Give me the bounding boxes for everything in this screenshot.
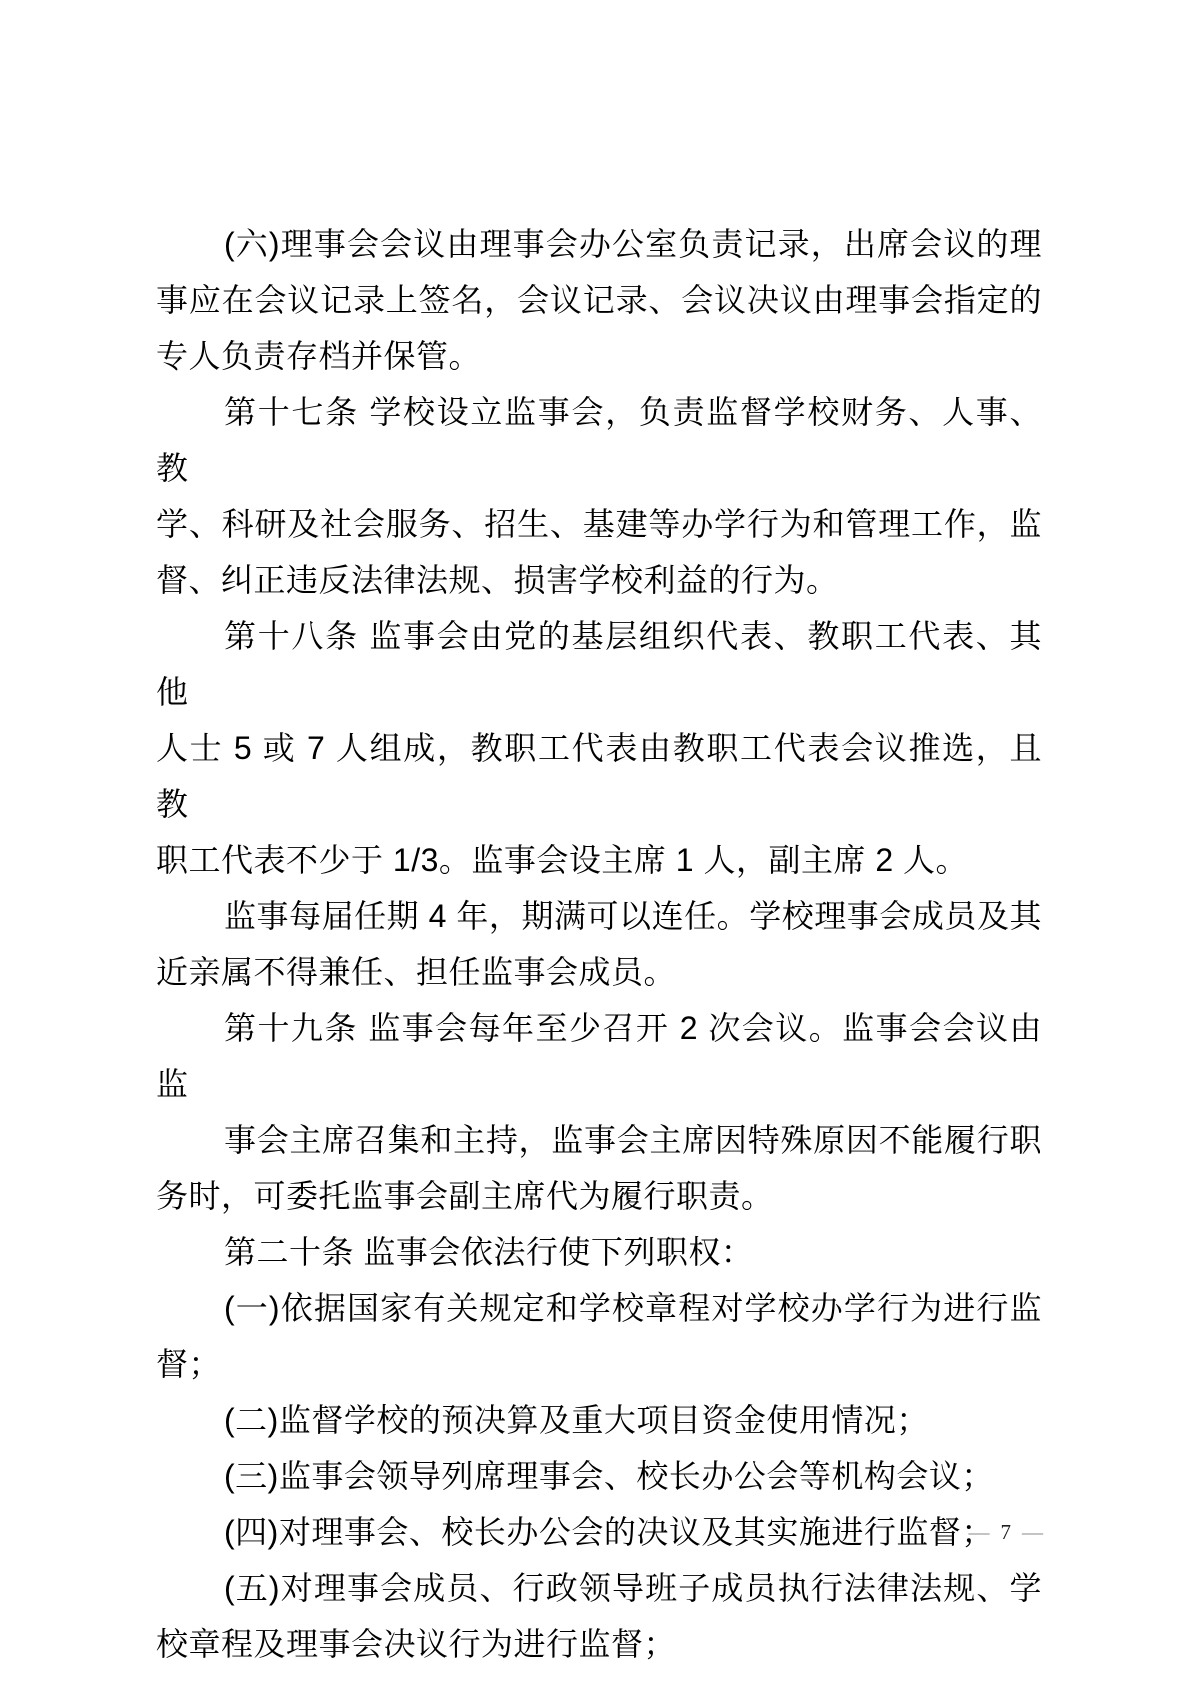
text-line: 事会主席召集和主持，监事会主席因特殊原因不能履行职 bbox=[156, 1112, 1042, 1168]
page-footer: —7— bbox=[969, 1517, 1044, 1547]
text-line: (六)理事会会议由理事会办公室负责记录，出席会议的理 bbox=[156, 216, 1042, 272]
text-line: 学、科研及社会服务、招生、基建等办学行为和管理工作，监 bbox=[156, 496, 1042, 552]
text-line: 校章程及理事会决议行为进行监督； bbox=[156, 1616, 1042, 1672]
text-line: 人士 5 或 7 人组成，教职工代表由教职工代表会议推选，且教 bbox=[156, 720, 1042, 832]
text-line: 事应在会议记录上签名，会议记录、会议决议由理事会指定的 bbox=[156, 272, 1042, 328]
text-line: 督、纠正违反法律法规、损害学校利益的行为。 bbox=[156, 552, 1042, 608]
document-page: (六)理事会会议由理事会办公室负责记录，出席会议的理 事应在会议记录上签名，会议… bbox=[0, 0, 1191, 1684]
text-line: 职工代表不少于 1/3。监事会设主席 1 人，副主席 2 人。 bbox=[156, 832, 1042, 888]
footer-dash-right: — bbox=[1022, 1520, 1043, 1544]
text-line: 第十七条 学校设立监事会，负责监督学校财务、人事、教 bbox=[156, 384, 1042, 496]
text-line: 务时，可委托监事会副主席代为履行职责。 bbox=[156, 1168, 1042, 1224]
text-line: (五)对理事会成员、行政领导班子成员执行法律法规、学 bbox=[156, 1560, 1042, 1616]
text-line: 专人负责存档并保管。 bbox=[156, 328, 1042, 384]
text-line: (四)对理事会、校长办公会的决议及其实施进行监督； bbox=[156, 1504, 1042, 1560]
text-line: 监事每届任期 4 年，期满可以连任。学校理事会成员及其 bbox=[156, 888, 1042, 944]
text-line: (三)监事会领导列席理事会、校长办公会等机构会议； bbox=[156, 1448, 1042, 1504]
text-line: 督； bbox=[156, 1336, 1042, 1392]
footer-dash-left: — bbox=[969, 1520, 990, 1544]
text-line: 近亲属不得兼任、担任监事会成员。 bbox=[156, 944, 1042, 1000]
text-line: 第十八条 监事会由党的基层组织代表、教职工代表、其他 bbox=[156, 608, 1042, 720]
text-line: (二)监督学校的预决算及重大项目资金使用情况； bbox=[156, 1392, 1042, 1448]
text-line: 第十九条 监事会每年至少召开 2 次会议。监事会会议由监 bbox=[156, 1000, 1042, 1112]
text-line: (一)依据国家有关规定和学校章程对学校办学行为进行监 bbox=[156, 1280, 1042, 1336]
document-body: (六)理事会会议由理事会办公室负责记录，出席会议的理 事应在会议记录上签名，会议… bbox=[156, 216, 1042, 1672]
page-number: 7 bbox=[1001, 1520, 1012, 1544]
text-line: 第二十条 监事会依法行使下列职权： bbox=[156, 1224, 1042, 1280]
